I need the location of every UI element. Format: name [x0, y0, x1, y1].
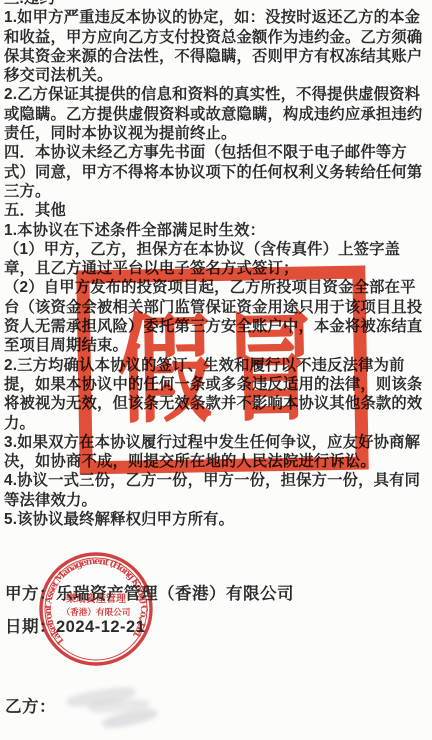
contract-line: 章，且乙方通过平台以电子签名方式签订； [4, 259, 430, 278]
contract-line: 提，如果本协议中的任何一条或多条违反适用的法律，则该条 [4, 375, 430, 394]
date-row: 日期：2024-12-21 [5, 613, 145, 637]
contract-line: 和收益，甲方应向乙方支付投资总金额作为违约金。乙方须确 [4, 28, 430, 47]
contract-line: 至项目周期结束。 [4, 336, 430, 355]
contract-line: （2）自甲方发布的投资项目起，乙方所投项目资金全部在平 [4, 278, 430, 297]
contract-line: （1）甲方，乙方，担保方在本协议（含传真件）上签字盖 [4, 240, 430, 259]
date-label: 日期： [5, 618, 56, 636]
party-a-row: 甲方：乐瑞资产管理（香港）有限公司 [5, 580, 294, 604]
contract-line: 式）同意，甲方不得将本协议项下的任何权利义务转给任何第 [4, 163, 430, 182]
contract-line: 1.本协议在下述条件全部满足时生效： [4, 221, 430, 240]
company-seal-stamp: Lakefront Asset Management (Hong Kong) C… [36, 549, 156, 669]
contract-line: 等法律效力。 [4, 491, 430, 510]
contract-line: 或隐瞒。乙方提供虚假资料或故意隐瞒，构成违约应承担违约 [4, 105, 430, 124]
contract-line: 将被视为无效，但该条无效条款并不影响本协议其他条款的效 [4, 394, 430, 413]
contract-line: 资人无需承担风险）委托第三方安全账户中，本金将被冻结直 [4, 317, 430, 336]
signature-smudge [62, 684, 157, 734]
contract-line: 五．其他 [4, 201, 430, 220]
contract-line: 四．本协议未经乙方事先书面（包括但不限于电子邮件等方 [4, 143, 430, 162]
contract-line: 1.如甲方严重违反本协议的协定，如：没按时返还乙方的本金 [4, 8, 430, 27]
party-a-name: 乐瑞资产管理（香港）有限公司 [56, 585, 294, 603]
contract-line: 三方。 [4, 182, 430, 201]
party-b-row: 乙方： [5, 693, 56, 717]
party-b-label: 乙方： [5, 698, 56, 716]
party-a-label: 甲方： [5, 585, 56, 603]
contract-line: 三.违约 [4, 0, 430, 8]
contract-line: 4.协议一式三份，乙方一份，甲方一份，担保方一份，具有同 [4, 471, 430, 490]
contract-line: 力。 [4, 414, 430, 433]
contract-body: 三.违约1.如甲方严重违反本协议的协定，如：没按时返还乙方的本金和收益，甲方应向… [4, 0, 430, 529]
document-photo: 三.违约1.如甲方严重违反本协议的协定，如：没按时返还乙方的本金和收益，甲方应向… [0, 0, 432, 740]
contract-line: 2.三方均确认本协议的签订、生效和履行以不违反法律为前 [4, 356, 430, 375]
date-value: 2024-12-21 [56, 618, 145, 636]
contract-line: 2.乙方保证其提供的信息和资料的真实性，不得提供虚假资料 [4, 85, 430, 104]
contract-line: 责任，同时本协议视为提前终止。 [4, 124, 430, 143]
contract-line: 移交司法机关。 [4, 66, 430, 85]
contract-line: 5.该协议最终解释权归甲方所有。 [4, 510, 430, 529]
contract-line: 3.如果双方在本协议履行过程中发生任何争议，应友好协商解 [4, 433, 430, 452]
contract-line: 决，如协商不成，则提交所在地的人民法院进行诉讼。 [4, 452, 430, 471]
contract-line: 保其资金来源的合法性，不得隐瞒，否则甲方有权冻结其账户 [4, 47, 430, 66]
contract-line: 台（该资金会被相关部门监管保证资金用途只用于该项目且投 [4, 298, 430, 317]
